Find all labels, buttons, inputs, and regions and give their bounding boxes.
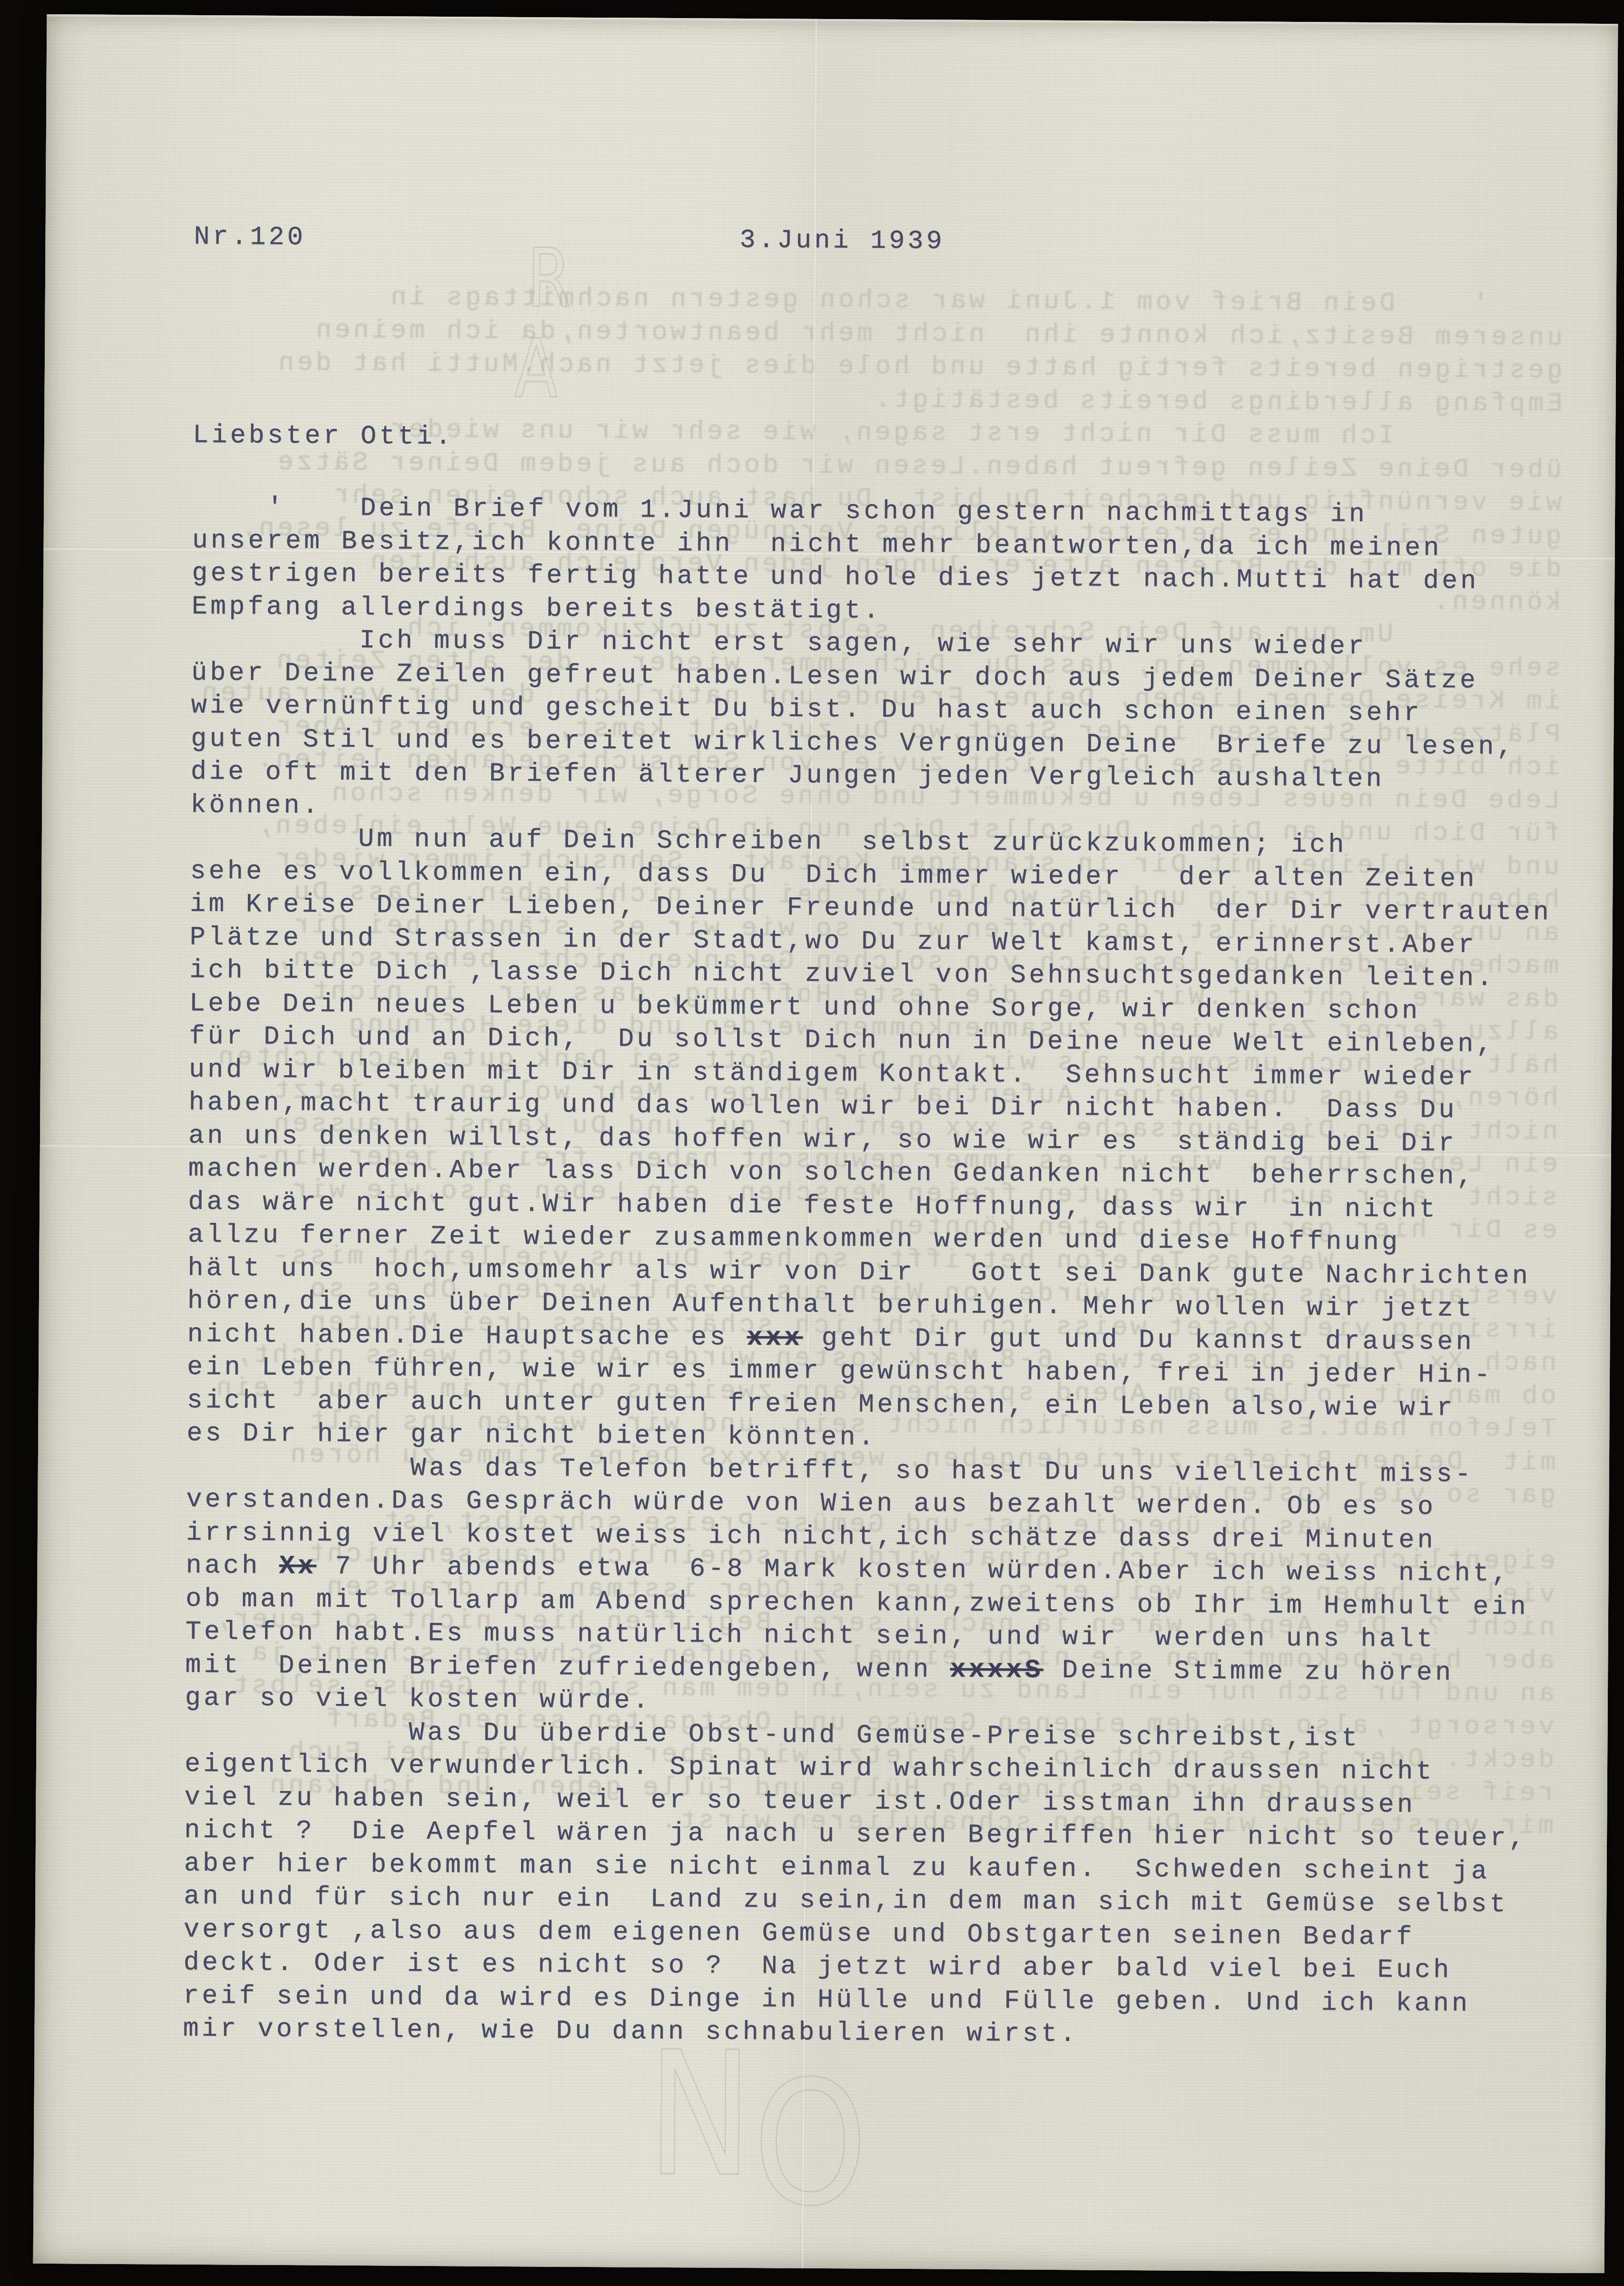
overstrike-text: Xx	[279, 1551, 316, 1581]
photo-background: ' Dein Brief vom 1.Juni war schon gester…	[0, 0, 1624, 2286]
letter-content: Nr.120 3.Juni 1939 Liebster Otti. ' Dein…	[183, 15, 1594, 2054]
letter-number: Nr.120	[194, 222, 306, 252]
watermark-letter: O	[752, 2044, 868, 2244]
letter-header: Nr.120 3.Juni 1939	[194, 222, 1593, 263]
letter-paper: ' Dein Brief vom 1.Juni war schon gester…	[33, 14, 1618, 2273]
overstrike-text: xxxxS	[950, 1654, 1043, 1685]
letter-salutation: Liebster Otti.	[193, 418, 1592, 460]
letter-body: ' Dein Brief vom 1.Juni war schon gester…	[183, 491, 1591, 2054]
letter-date: 3.Juni 1939	[739, 225, 945, 257]
overstrike-text: xxx	[747, 1322, 803, 1353]
